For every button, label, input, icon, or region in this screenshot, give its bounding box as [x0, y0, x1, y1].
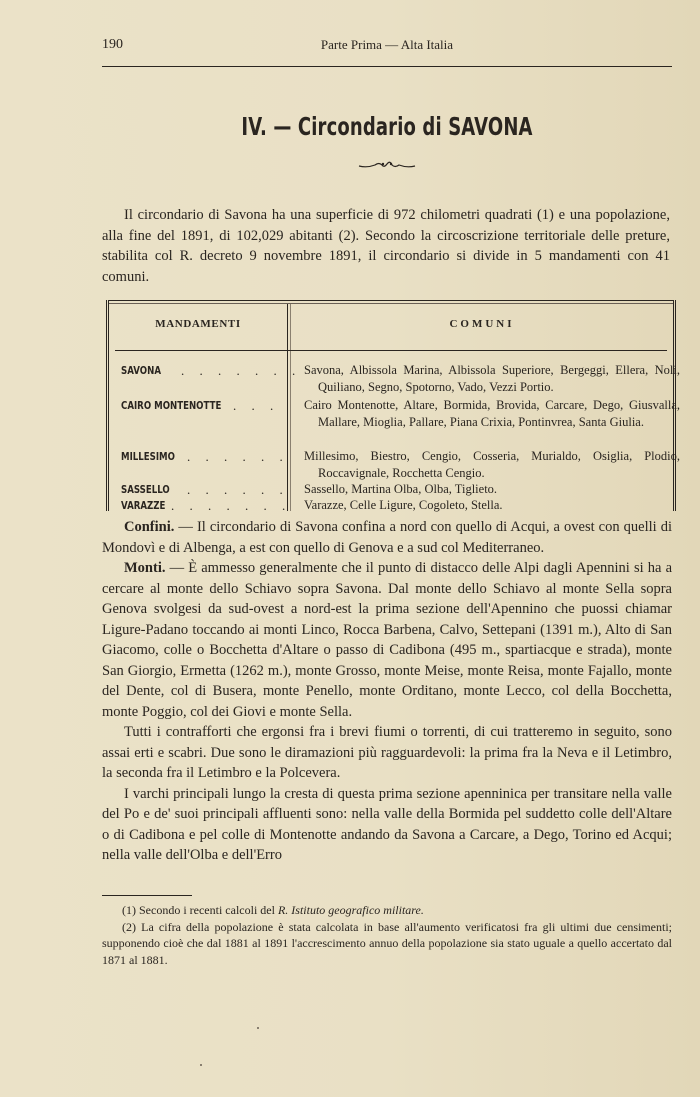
comuni-list: Sassello, Martina Olba, Olba, Tiglieto. — [304, 481, 680, 498]
footnote-marker: (1) — [122, 903, 136, 917]
varchi-paragraph: I varchi principali lungo la cresta di q… — [102, 784, 672, 866]
footnote-1: (1) Secondo i recenti calcoli del R. Ist… — [102, 902, 672, 919]
running-title: Parte Prima — Alta Italia — [102, 37, 672, 53]
paper-speck — [257, 1027, 259, 1029]
column-divider-inner — [290, 304, 291, 511]
monti-text: — È ammesso generalmente che il punto di… — [102, 560, 672, 720]
footnote-text: La cifra della popolazione è stata calco… — [102, 920, 672, 967]
body-text: Confini. — Il circondario di Savona conf… — [102, 517, 672, 866]
column-header-comuni: COMUNI — [291, 318, 673, 330]
footnote-text: Secondo i recenti calcoli del — [136, 903, 278, 917]
intro-paragraph: Il circondario di Savona ha una superfic… — [102, 205, 670, 287]
paper-speck — [200, 1064, 202, 1066]
contrafforti-paragraph: Tutti i contrafforti che ergonsi fra i b… — [102, 722, 672, 784]
footnote-2: (2) La cifra della popolazione è stata c… — [102, 919, 672, 969]
monti-paragraph: Monti. — È ammesso generalmente che il p… — [102, 558, 672, 722]
comuni-list: Savona, Albissola Marina, Albissola Supe… — [304, 362, 680, 395]
comuni-list: Cairo Montenotte, Altare, Bormida, Brovi… — [304, 397, 680, 430]
footnotes: (1) Secondo i recenti calcoli del R. Ist… — [102, 902, 672, 968]
header-rule — [102, 66, 672, 67]
confini-text: — Il circondario di Savona confina a nor… — [102, 519, 672, 556]
intro-text: Il circondario di Savona ha una superfic… — [102, 205, 670, 287]
column-divider — [287, 304, 288, 511]
table-top-rule-inner — [109, 303, 673, 304]
monti-lead: Monti. — [124, 560, 165, 576]
footnote-italic-source: R. Istituto geografico militare. — [278, 903, 424, 917]
footnote-marker: (2) — [122, 920, 136, 934]
footnote-rule — [102, 895, 192, 896]
running-head: 190 Parte Prima — Alta Italia — [102, 37, 672, 57]
comuni-list: Varazze, Celle Ligure, Cogoleto, Stella. — [304, 497, 680, 514]
leader-dots: . . . . . . — [187, 448, 289, 466]
header-row-rule — [115, 350, 667, 351]
ornament-flourish-icon — [102, 157, 672, 175]
table-top-rule — [109, 300, 673, 301]
mandamenti-table: MANDAMENTI COMUNI SAVONA . . . . . . . S… — [106, 300, 676, 511]
leader-dots: . . . . . . . — [181, 362, 301, 380]
confini-lead: Confini. — [124, 519, 174, 535]
confini-paragraph: Confini. — Il circondario di Savona conf… — [102, 517, 672, 558]
comuni-list: Millesimo, Biestro, Cengio, Cosseria, Mu… — [304, 448, 680, 481]
column-header-mandamenti: MANDAMENTI — [109, 318, 287, 330]
leader-dots: . . . . . . . — [171, 497, 291, 515]
leader-dots: . . . — [233, 397, 279, 415]
chapter-title: IV. — Circondario di SAVONA — [182, 112, 592, 141]
